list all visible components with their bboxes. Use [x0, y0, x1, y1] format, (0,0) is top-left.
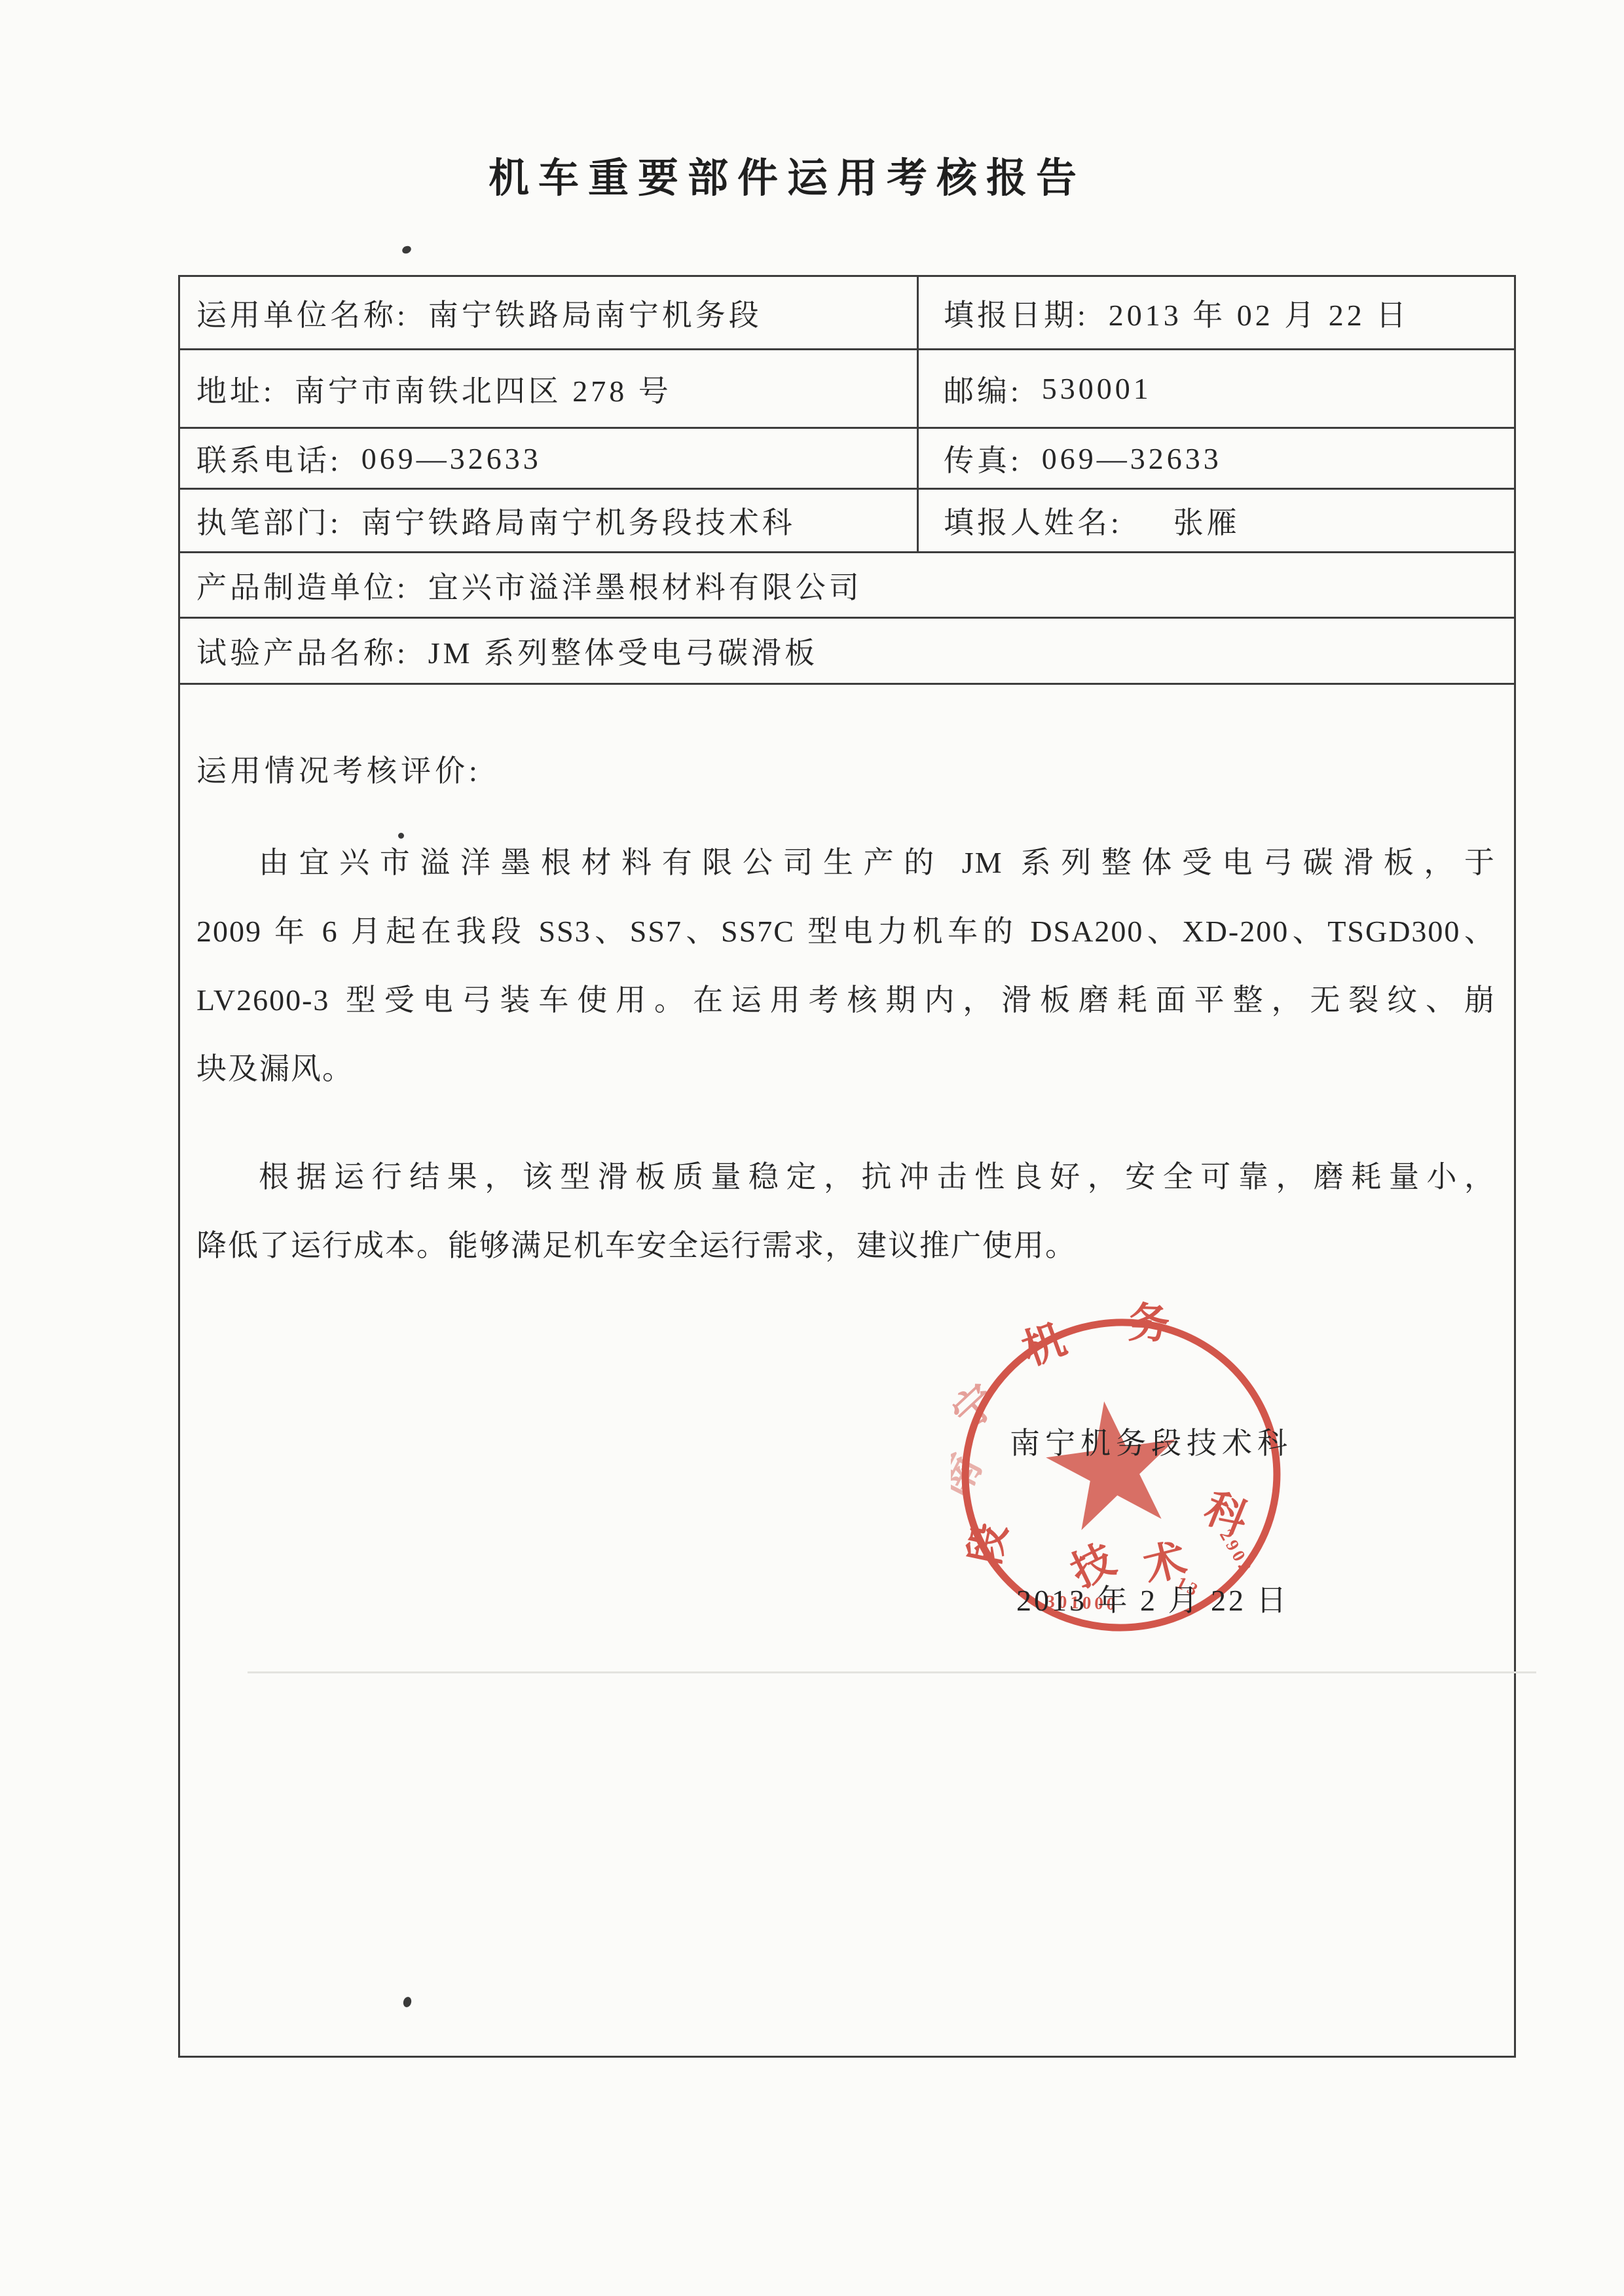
table-row: 产品制造单位: 宜兴市溢洋墨根材料有限公司 — [180, 553, 1514, 619]
seal-char: 段 — [961, 1519, 1015, 1569]
assessment-paragraph-1: 由宜兴市溢洋墨根材料有限公司生产的 JM 系列整体受电弓碳滑板，于 2009 年… — [196, 828, 1496, 1103]
table-row: 联系电话: 069—32633 传真: 069—32633 — [180, 429, 1514, 490]
seal-char: 务 — [1127, 1300, 1170, 1347]
seal-char: 南 — [951, 1447, 990, 1505]
field-value: 南宁铁路局南宁机务段技术科 — [361, 499, 796, 542]
field-label: 传真: — [944, 437, 1022, 480]
page-title: 机车重要部件运用考核报告 — [0, 145, 1574, 204]
field-product: 试验产品名称: JM 系列整体受电弓碳滑板 — [180, 619, 1514, 683]
field-manufacturer: 产品制造单位: 宜兴市溢洋墨根材料有限公司 — [180, 553, 1514, 617]
field-fax: 传真: 069—32633 — [919, 429, 1514, 488]
scanned-report-page: 机车重要部件运用考核报告 运用单位名称: 南宁铁路局南宁机务段 填报日期: 20… — [0, 0, 1624, 2296]
assessment-heading: 运用情况考核评价: — [196, 747, 1496, 790]
field-report-date: 填报日期: 2013 年 02 月 22 日 — [919, 277, 1514, 348]
signature-date: 2013 年 2 月 22 日 — [1016, 1576, 1289, 1620]
table-row: 试验产品名称: JM 系列整体受电弓碳滑板 — [180, 619, 1514, 685]
paragraph-line: LV2600-3 型受电弓装车使用。在运用考核期内，滑板磨耗面平整，无裂纹、崩 — [196, 966, 1496, 1034]
paragraph-line: 降低了运行成本。能够满足机车安全运行需求，建议推广使用。 — [196, 1211, 1496, 1280]
field-value: 069—32633 — [361, 441, 542, 476]
field-value: 宜兴市溢洋墨根材料有限公司 — [428, 564, 862, 607]
field-label: 产品制造单位: — [196, 564, 409, 607]
field-value: 069—32633 — [1042, 441, 1222, 476]
scan-speck — [401, 245, 412, 255]
field-label: 填报日期: — [944, 291, 1089, 335]
field-label: 地址: — [196, 367, 275, 410]
table-row: 地址: 南宁市南铁北四区 278 号 邮编: 530001 — [180, 350, 1514, 429]
paragraph-line: 由宜兴市溢洋墨根材料有限公司生产的 JM 系列整体受电弓碳滑板，于 — [196, 828, 1496, 897]
table-row: 执笔部门: 南宁铁路局南宁机务段技术科 填报人姓名: 张雁 — [180, 490, 1514, 553]
scan-artifact-line — [248, 1671, 1536, 1673]
field-postcode: 邮编: 530001 — [919, 350, 1514, 427]
field-address: 地址: 南宁市南铁北四区 278 号 — [180, 350, 919, 427]
field-label: 运用单位名称: — [196, 291, 409, 335]
field-phone: 联系电话: 069—32633 — [180, 429, 919, 488]
paragraph-line: 根据运行结果，该型滑板质量稳定，抗冲击性良好，安全可靠，磨耗量小， — [196, 1142, 1496, 1211]
field-label: 执笔部门: — [196, 499, 342, 542]
field-label: 联系电话: — [196, 437, 342, 480]
field-unit: 运用单位名称: 南宁铁路局南宁机务段 — [180, 277, 919, 348]
field-label: 试验产品名称: — [196, 629, 409, 672]
field-value: 南宁铁路局南宁机务段 — [428, 291, 762, 335]
paragraph-line: 块及漏风。 — [196, 1034, 1496, 1103]
field-value: JM 系列整体受电弓碳滑板 — [428, 629, 818, 672]
paragraph-line: 2009 年 6 月起在我段 SS3、SS7、SS7C 型电力机车的 DSA20… — [196, 897, 1496, 966]
assessment-section: 运用情况考核评价: 由宜兴市溢洋墨根材料有限公司生产的 JM 系列整体受电弓碳滑… — [180, 747, 1514, 2115]
field-value: 南宁市南铁北四区 278 号 — [295, 367, 672, 410]
signature-department: 南宁机务段技术科 — [1010, 1419, 1293, 1463]
field-department: 执笔部门: 南宁铁路局南宁机务段技术科 — [180, 490, 919, 551]
seal-star-icon — [1039, 1393, 1186, 1534]
field-value: 张雁 — [1173, 499, 1240, 542]
assessment-paragraph-2: 根据运行结果，该型滑板质量稳定，抗冲击性良好，安全可靠，磨耗量小， 降低了运行成… — [196, 1142, 1496, 1280]
field-label: 填报人姓名: — [944, 499, 1122, 542]
field-value: 2013 年 02 月 22 日 — [1109, 291, 1410, 335]
field-value: 530001 — [1042, 371, 1152, 406]
seal-char: 机 — [1017, 1316, 1072, 1374]
field-label: 邮编: — [944, 367, 1022, 410]
report-info-table: 运用单位名称: 南宁铁路局南宁机务段 填报日期: 2013 年 02 月 22 … — [178, 275, 1516, 2058]
table-row: 运用单位名称: 南宁铁路局南宁机务段 填报日期: 2013 年 02 月 22 … — [180, 277, 1514, 350]
field-reporter: 填报人姓名: 张雁 — [919, 490, 1514, 551]
scan-speck — [398, 833, 404, 839]
